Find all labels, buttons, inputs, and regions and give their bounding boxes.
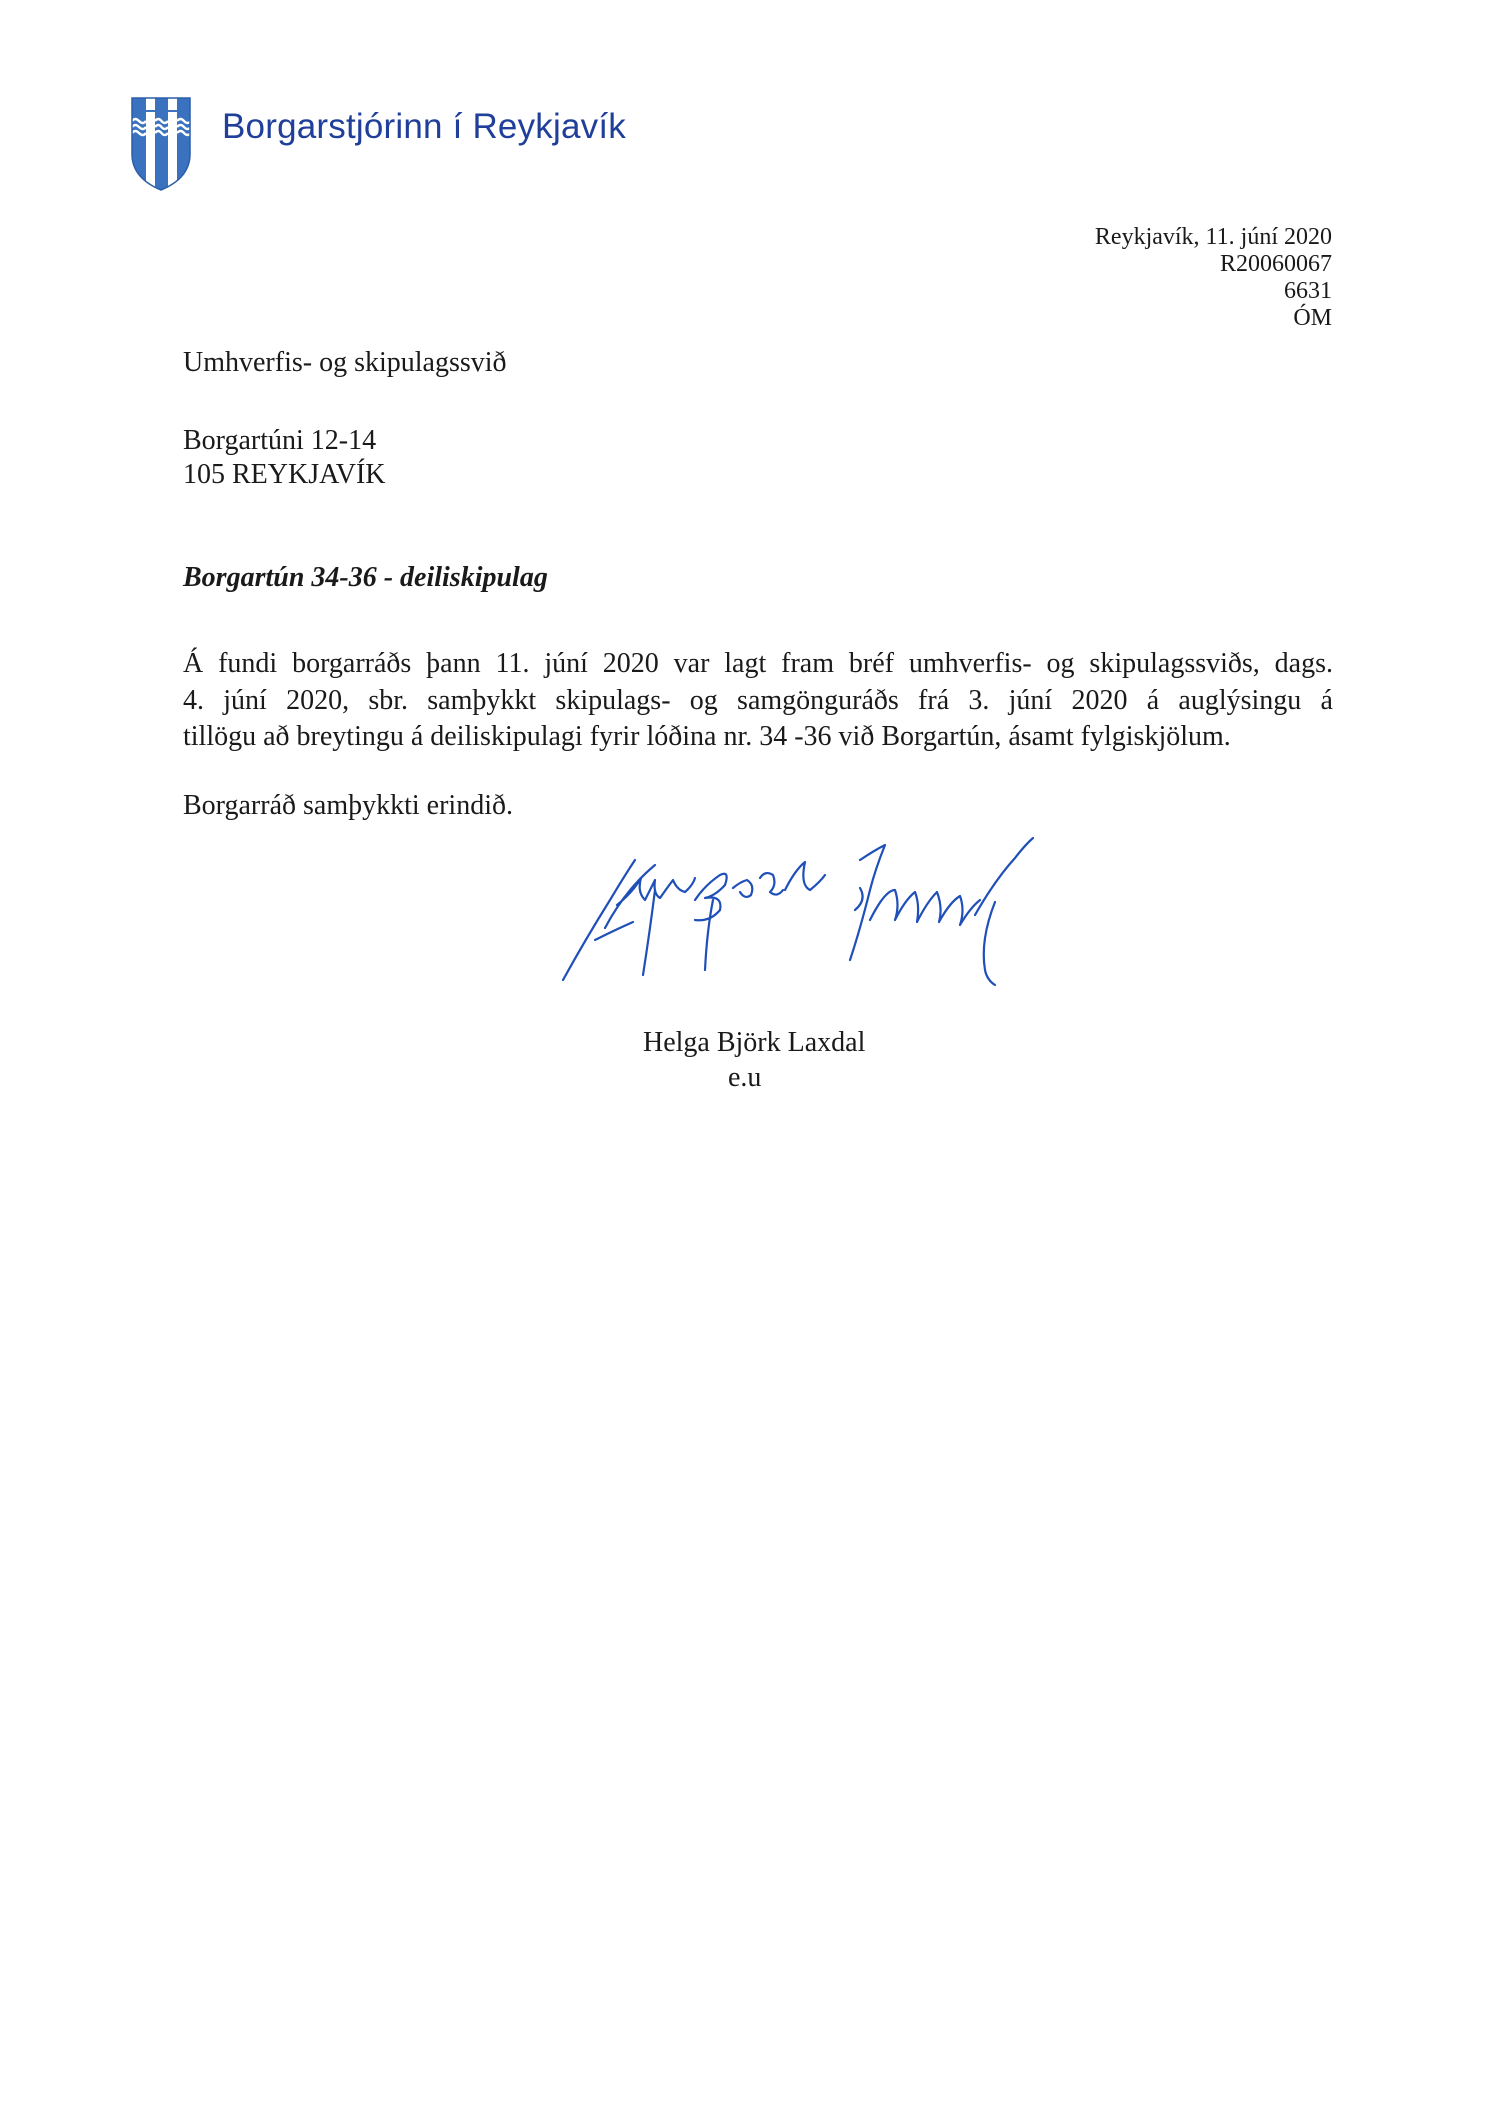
handwritten-signature-icon <box>555 830 1055 1000</box>
recipient-name: Umhverfis- og skipulagssvið <box>183 346 507 380</box>
case-number: R20060067 <box>1095 251 1332 278</box>
body-line: Á fundi borgarráðs þann 11. júní 2020 va… <box>183 646 1333 683</box>
signer-title: e.u <box>728 1062 761 1094</box>
signer-name: Helga Björk Laxdal <box>643 1026 865 1060</box>
letterhead <box>130 96 192 192</box>
document-number: 6631 <box>1095 278 1332 305</box>
recipient-address: Borgartúni 12-14 105 REYKJAVÍK <box>183 424 386 492</box>
organization-name: Borgarstjórinn í Reykjavík <box>222 107 626 147</box>
body-line: tillögu að breytingu á deiliskipulagi fy… <box>183 719 1333 756</box>
closing-sentence: Borgarráð samþykkti erindið. <box>183 790 513 822</box>
reference-block: Reykjavík, 11. júní 2020 R20060067 6631 … <box>1095 224 1332 332</box>
subject-line: Borgartún 34-36 - deiliskipulag <box>183 562 548 594</box>
reykjavik-coat-of-arms-icon <box>130 96 192 192</box>
author-initials: ÓM <box>1095 305 1332 332</box>
address-city: 105 REYKJAVÍK <box>183 458 386 492</box>
body-line: 4. júní 2020, sbr. samþykkt skipulags- o… <box>183 683 1333 720</box>
place-date: Reykjavík, 11. júní 2020 <box>1095 224 1332 251</box>
address-street: Borgartúni 12-14 <box>183 424 386 458</box>
body-paragraph: Á fundi borgarráðs þann 11. júní 2020 va… <box>183 646 1333 756</box>
